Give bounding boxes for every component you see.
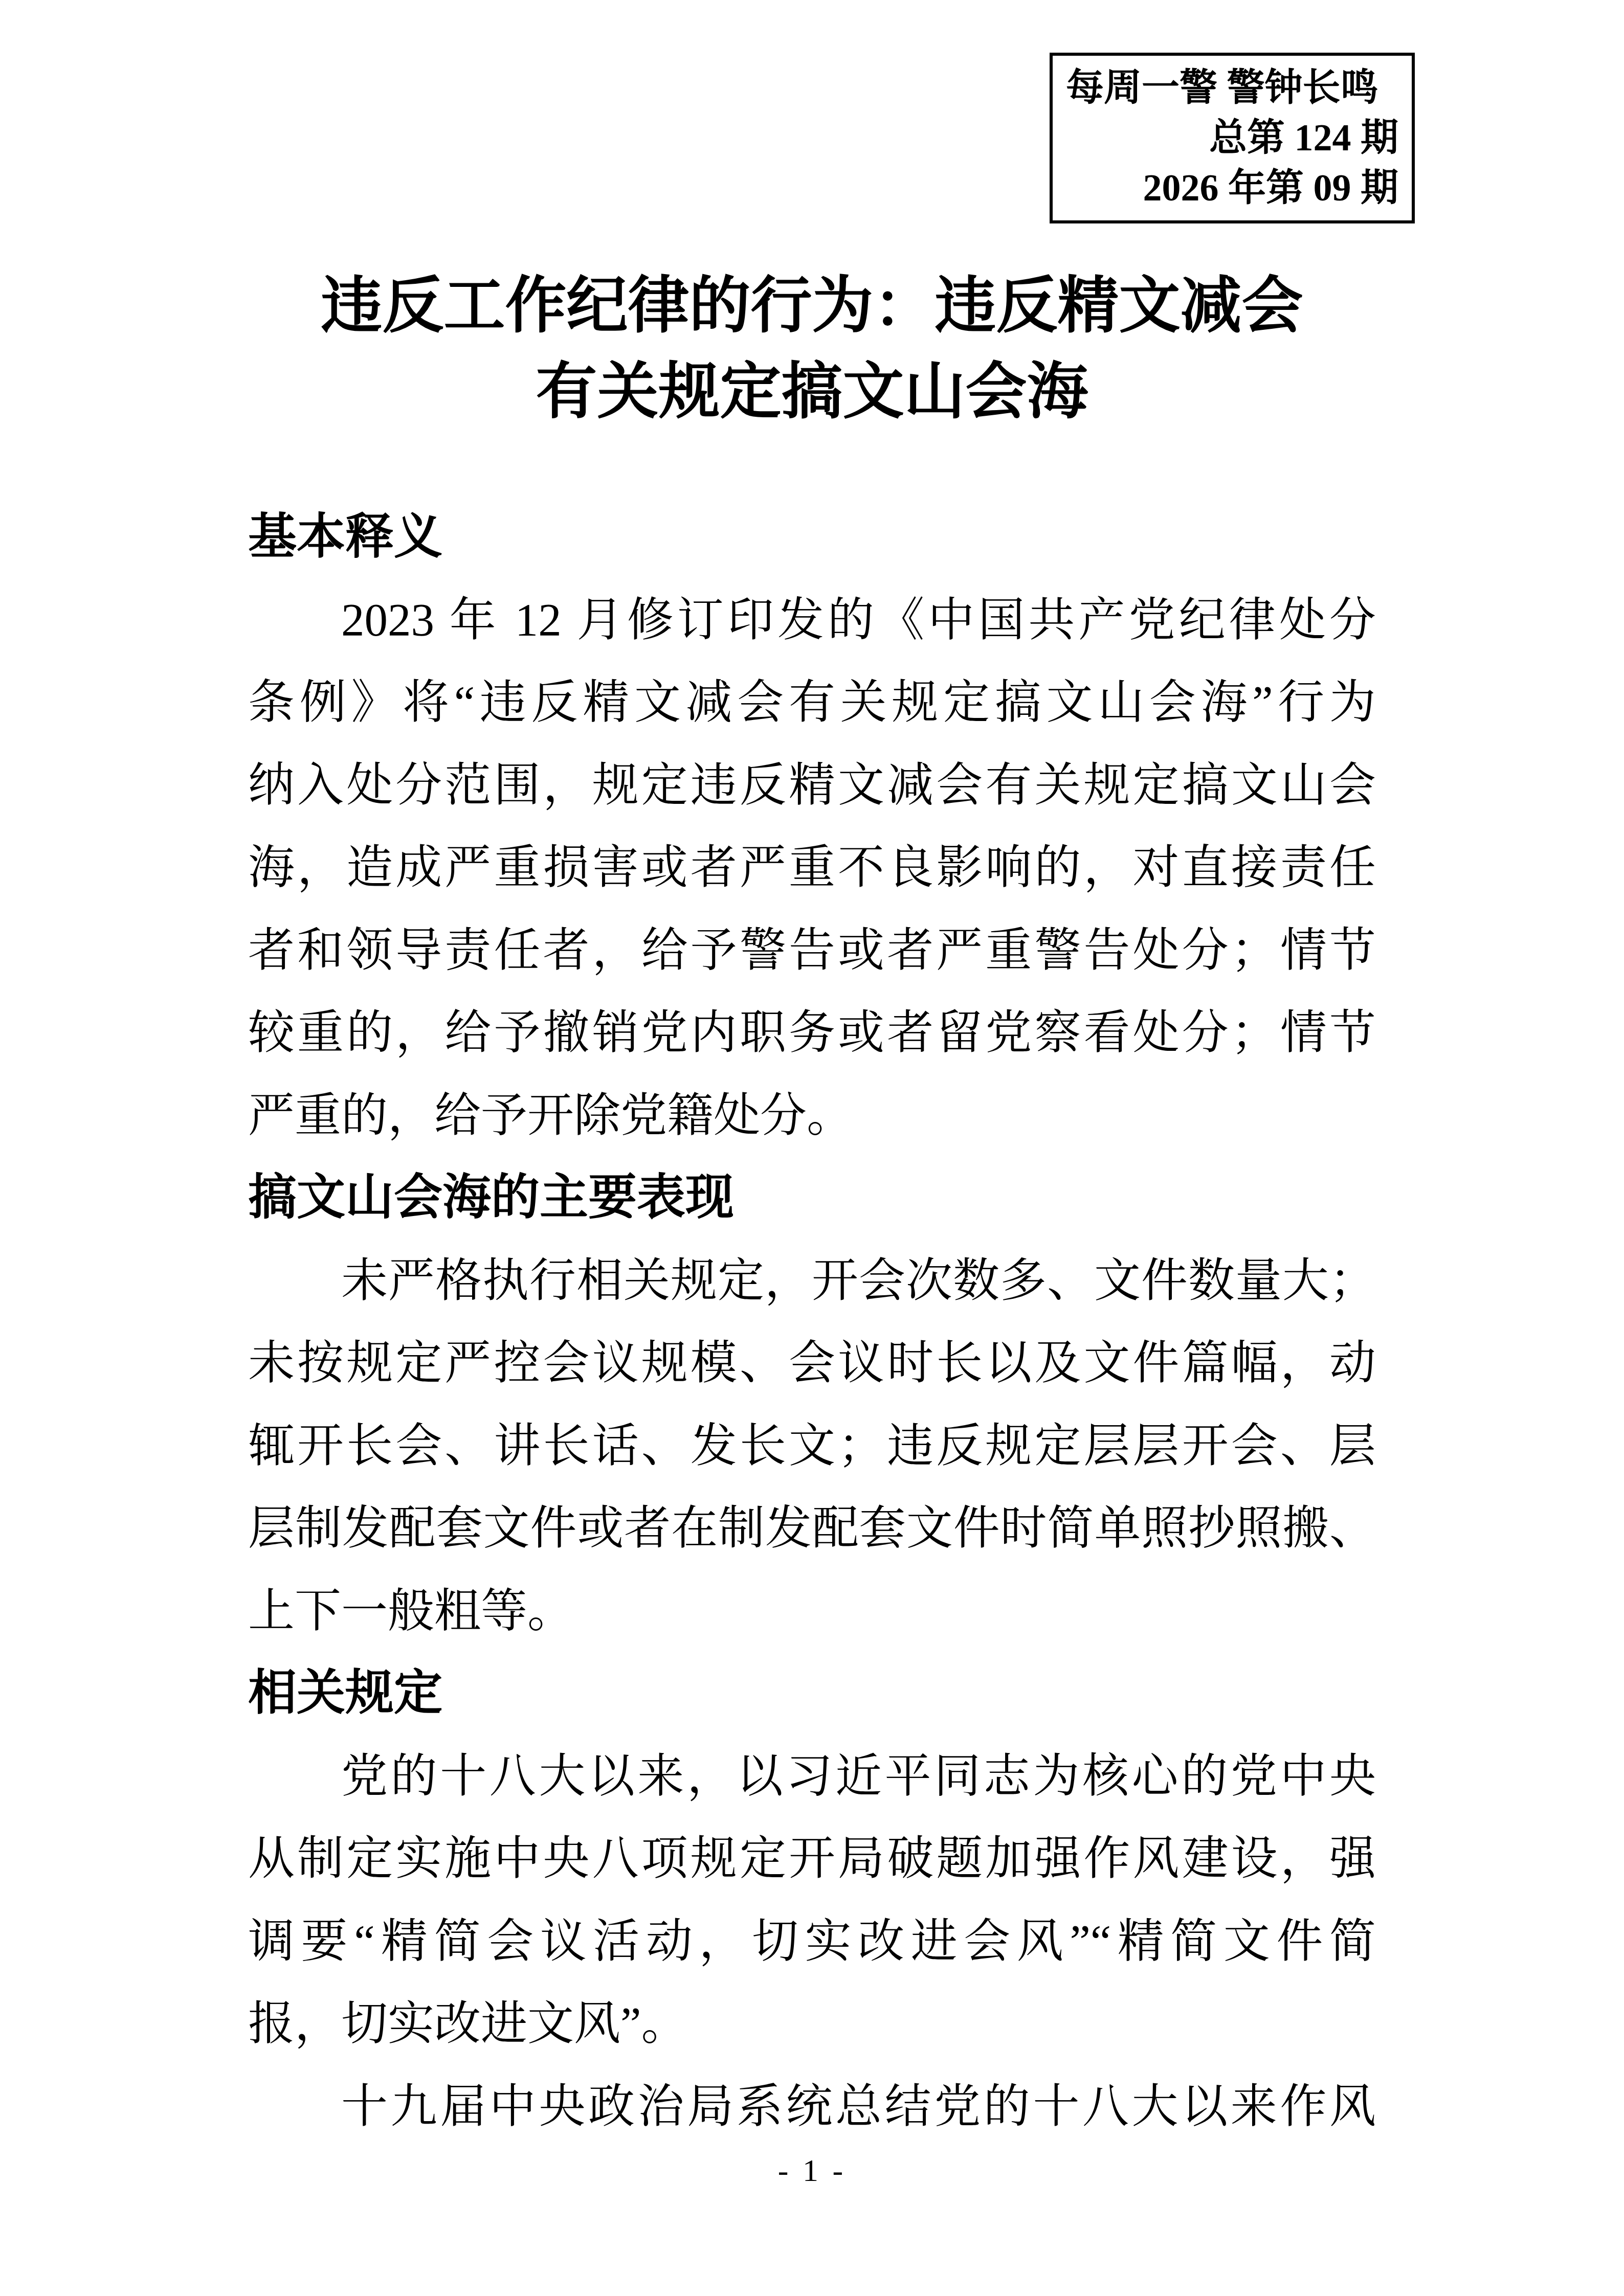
title-line-2: 有关规定搞文山会海 (0, 349, 1624, 435)
body-line: 海，造成严重损害或者严重不良影响的，对直接责任 (248, 826, 1376, 909)
issue-year-number: 2026 年第 09 期 (1066, 163, 1398, 213)
body-line: 党的十八大以来，以习近平同志为核心的党中央 (248, 1735, 1376, 1818)
body-line: 者和领导责任者，给予警告或者严重警告处分；情节 (248, 909, 1376, 992)
section-heading-related-regulations: 相关规定 (248, 1652, 1376, 1735)
section-heading-main-manifestations: 搞文山会海的主要表现 (248, 1157, 1376, 1240)
body-line: 层制发配套文件或者在制发配套文件时简单照抄照搬、 (248, 1487, 1376, 1570)
body-line: 未严格执行相关规定，开会次数多、文件数量大； (248, 1240, 1376, 1322)
page-number: - 1 - (0, 2150, 1624, 2191)
body-line: 纳入处分范围，规定违反精文减会有关规定搞文山会 (248, 744, 1376, 827)
issue-slogan: 每周一警 警钟长鸣 (1066, 63, 1398, 113)
section-heading-basic-definition: 基本释义 (248, 496, 1376, 579)
body-line: 辄开长会、讲长话、发长文；违反规定层层开会、层 (248, 1405, 1376, 1488)
body-line: 较重的，给予撤销党内职务或者留党察看处分；情节 (248, 992, 1376, 1074)
title-line-1: 违反工作纪律的行为：违反精文减会 (0, 263, 1624, 349)
issue-info-box: 每周一警 警钟长鸣 总第 124 期 2026 年第 09 期 (1050, 53, 1415, 223)
body-line: 未按规定严控会议规模、会议时长以及文件篇幅，动 (248, 1322, 1376, 1405)
body-line: 上下一般粗等。 (248, 1570, 1376, 1653)
body-line: 严重的，给予开除党籍处分。 (248, 1074, 1376, 1157)
issue-total-number: 总第 124 期 (1066, 113, 1398, 163)
body-line: 2023 年 12 月修订印发的《中国共产党纪律处分 (248, 579, 1376, 662)
body-line: 报，切实改进文风”。 (248, 1983, 1376, 2065)
document-title: 违反工作纪律的行为：违反精文减会 有关规定搞文山会海 (0, 263, 1624, 435)
body-line: 十九届中央政治局系统总结党的十八大以来作风 (248, 2065, 1376, 2148)
document-body: 基本释义 2023 年 12 月修订印发的《中国共产党纪律处分 条例》将“违反精… (248, 496, 1376, 2148)
body-line: 从制定实施中央八项规定开局破题加强作风建设，强 (248, 1817, 1376, 1900)
document-page: 每周一警 警钟长鸣 总第 124 期 2026 年第 09 期 违反工作纪律的行… (0, 0, 1624, 2296)
body-line: 调要“精简会议活动，切实改进会风”“精简文件简 (248, 1900, 1376, 1983)
body-line: 条例》将“违反精文减会有关规定搞文山会海”行为 (248, 661, 1376, 744)
